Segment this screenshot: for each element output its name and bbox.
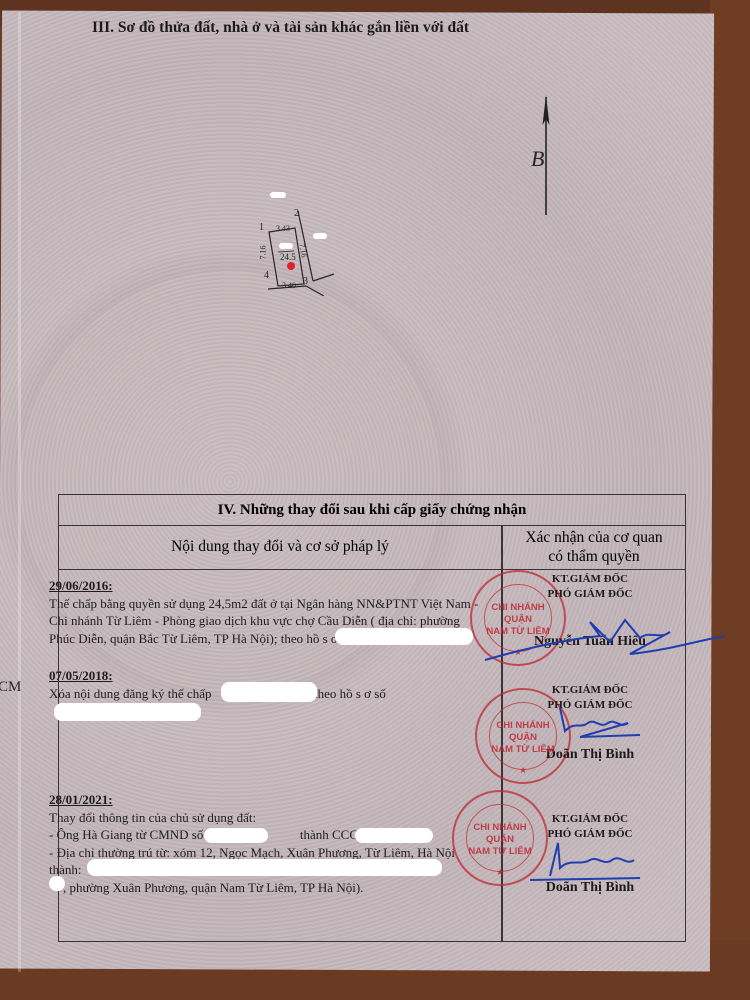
col-header-content: Nội dung thay đổi và cơ sở pháp lý (59, 525, 501, 569)
entry-text-part: theo hồ s ơ số (314, 686, 386, 701)
redaction-mark (54, 703, 201, 721)
edge-top-label: 3.43 (276, 224, 290, 233)
signer-role: KT.GIÁM ĐỐC (480, 683, 700, 698)
signer-role: PHÓ GIÁM ĐỐC (480, 587, 700, 602)
page-fold (18, 12, 21, 972)
edge-bottom-label: 3.40 (282, 281, 296, 290)
entry-text-part: - Ông Hà Giang từ CMND số (49, 827, 203, 842)
redaction-mark (279, 243, 293, 249)
section-4-title: IV. Những thay đổi sau khi cấp giấy chứn… (59, 495, 685, 526)
plot-area-label: 24.5 (280, 252, 296, 262)
redaction-mark (221, 682, 317, 702)
entry-line: Chi nhánh Từ Liêm - Phòng giao dịch khu … (49, 612, 494, 630)
entry-date: 29/06/2016: (49, 577, 494, 595)
entry-line: Thế chấp bằng quyền sử dụng 24,5m2 đất ở… (49, 595, 494, 613)
redaction-mark (313, 233, 327, 239)
edge-left-label: 7.16 (259, 246, 268, 260)
table-header-row: Nội dung thay đổi và cơ sở pháp lý Xác n… (59, 525, 685, 570)
corner-3-label: 3 (303, 276, 308, 287)
section-3-title: III. Sơ đồ thửa đất, nhà ở và tài sản kh… (92, 19, 469, 37)
plot-sketch: 1 2 3 4 3.43 3.40 7.16 7.16 24.5 (246, 186, 346, 296)
redaction-mark (204, 828, 268, 843)
redaction-mark (87, 859, 442, 876)
entry-line: Thay đổi thông tin của chủ sử dụng đất: (49, 809, 494, 827)
handwritten-signature-icon (530, 838, 670, 888)
change-entry-2021: 28/01/2021: Thay đổi thông tin của chủ s… (49, 791, 494, 896)
entry-date: 28/01/2021: (49, 791, 494, 809)
signer-role: KT.GIÁM ĐỐC (480, 572, 700, 587)
col-header-confirmation: Xác nhận của cơ quan có thẩm quyền (503, 528, 685, 566)
redaction-mark (355, 828, 433, 843)
corner-1-label: 1 (259, 222, 264, 233)
entry-text-part: Xóa nội dung đăng ký thế chấp (49, 686, 211, 701)
corner-2-label: 2 (294, 208, 299, 219)
plot-outline-icon (246, 186, 346, 296)
left-margin-text: CM (0, 679, 21, 696)
redaction-mark (270, 192, 286, 198)
redaction-mark (335, 628, 473, 645)
col-header-confirmation-line1: Xác nhận của cơ quan (503, 528, 685, 547)
table-surface-right (710, 0, 750, 1000)
north-letter: B (531, 146, 544, 172)
col-header-confirmation-line2: có thẩm quyền (503, 547, 685, 566)
corner-4-label: 4 (264, 270, 269, 281)
entry-line: , phường Xuân Phương, quận Nam Từ Liêm, … (49, 879, 494, 897)
redaction-mark (49, 876, 65, 891)
